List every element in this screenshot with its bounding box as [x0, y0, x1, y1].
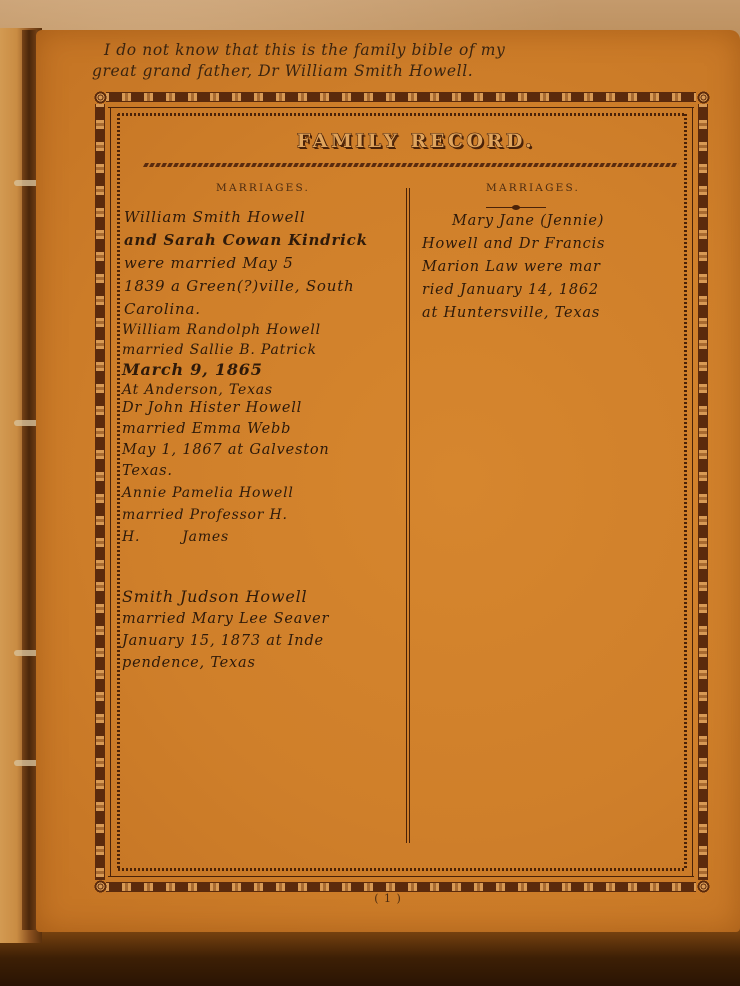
column-header-left: MARRIAGES. [216, 182, 310, 194]
entry-line: At Anderson, Texas [122, 380, 321, 400]
entry-line: Texas. [122, 461, 330, 482]
frame-line [108, 107, 694, 108]
marriage-entry: William Smith Howell and Sarah Cowan Kin… [124, 206, 368, 321]
entry-line: William Randolph Howell [122, 320, 321, 340]
entry-line: married Professor H. [122, 504, 294, 526]
entry-line: H. James [122, 526, 294, 548]
column-header-right: MARRIAGES. [486, 182, 580, 194]
entry-line: at Huntersville, Texas [422, 302, 605, 325]
column-divider [406, 188, 410, 843]
header-ornament [486, 207, 546, 208]
entry-line: 1839 a Green(?)ville, South [124, 275, 368, 298]
entry-line: William Smith Howell [124, 206, 368, 229]
title-rule [143, 163, 679, 167]
entry-line: Dr John Hister Howell [122, 398, 330, 419]
marriage-entry: William Randolph Howell married Sallie B… [122, 320, 321, 400]
entry-line: Annie Pamelia Howell [122, 482, 294, 504]
rope-border-right [698, 104, 708, 880]
entry-line: pendence, Texas [122, 652, 329, 674]
inscription-line: I do not know that this is the family bi… [98, 40, 718, 61]
entry-line: January 15, 1873 at Inde [122, 630, 329, 652]
corner-rosette-icon [697, 91, 710, 104]
rope-border-left [95, 104, 105, 880]
rope-border-top [106, 92, 696, 102]
entry-line: Mary Jane (Jennie) [422, 210, 605, 233]
entry-line: were married May 5 [124, 252, 368, 275]
rope-border-bottom [106, 882, 696, 892]
inscription-line: great grand father, Dr William Smith How… [92, 61, 718, 82]
dotted-border-left [117, 114, 120, 869]
entry-line: married Sallie B. Patrick [122, 340, 321, 360]
marriage-entry: Mary Jane (Jennie) Howell and Dr Francis… [422, 210, 605, 325]
marriage-entry: Smith Judson Howell married Mary Lee Sea… [122, 586, 329, 674]
book-spine [22, 30, 36, 930]
frame-line [692, 107, 693, 877]
entry-line: ried January 14, 1862 [422, 279, 605, 302]
entry-line: married Mary Lee Seaver [122, 608, 329, 630]
page-title: FAMILY RECORD. [156, 130, 676, 152]
dotted-border-bottom [118, 868, 686, 871]
dotted-border-right [684, 114, 687, 869]
entry-line: Marion Law were mar [422, 256, 605, 279]
bible-page: I do not know that this is the family bi… [36, 30, 740, 932]
table-shadow [0, 930, 740, 986]
entry-line: Smith Judson Howell [122, 586, 329, 608]
entry-line: Howell and Dr Francis [422, 233, 605, 256]
marriage-entry: Dr John Hister Howell married Emma Webb … [122, 398, 330, 482]
entry-line: and Sarah Cowan Kindrick [124, 229, 368, 252]
handwritten-inscription: I do not know that this is the family bi… [98, 40, 718, 82]
entry-line: Carolina. [124, 298, 368, 321]
frame-line [108, 876, 694, 877]
corner-rosette-icon [94, 91, 107, 104]
marriage-entry: Annie Pamelia Howell married Professor H… [122, 482, 294, 548]
entry-line: married Emma Webb [122, 419, 330, 440]
frame-line [110, 107, 111, 877]
entry-line: May 1, 1867 at Galveston [122, 440, 330, 461]
dotted-border-top [118, 113, 686, 116]
page-number: ( 1 ) [36, 892, 740, 905]
entry-line: March 9, 1865 [122, 360, 321, 380]
